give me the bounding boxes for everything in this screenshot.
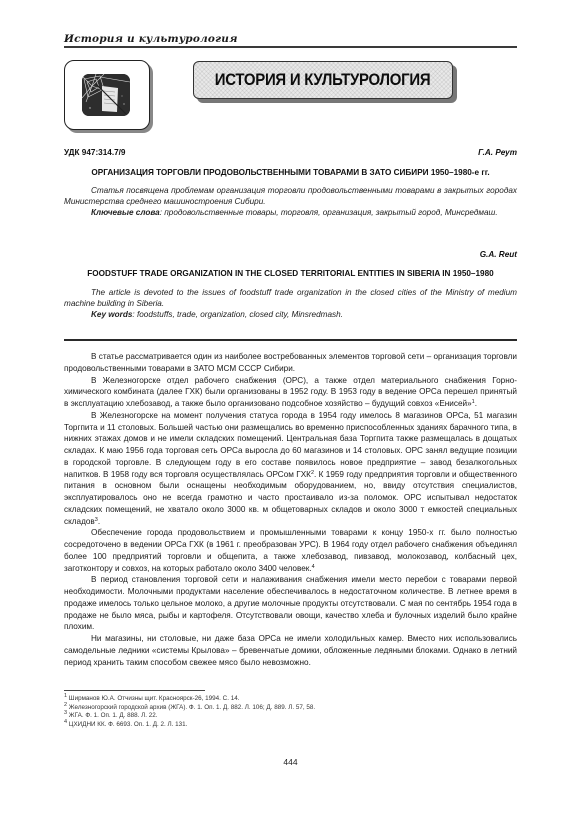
abstract-en: The article is devoted to the issues of … xyxy=(64,288,517,320)
keywords-ru-text: : продовольственные товары, торговля, ор… xyxy=(160,208,498,217)
article-title-en: FOODSTUFF TRADE ORGANIZATION IN THE CLOS… xyxy=(64,269,517,278)
footnote-ref: 2 xyxy=(311,470,314,476)
footnote: 4 ЦХИДНИ КК. Ф. 6693. Оп. 1. Д. 2. Л. 13… xyxy=(64,721,517,730)
footnote-number: 3 xyxy=(64,710,67,716)
page-number: 444 xyxy=(64,757,517,767)
body-paragraph: В статье рассматривается один из наиболе… xyxy=(64,351,517,375)
article-title-ru: ОРГАНИЗАЦИЯ ТОРГОВЛИ ПРОДОВОЛЬСТВЕННЫМИ … xyxy=(64,168,517,177)
body-paragraph: Обеспечение города продовольствием и про… xyxy=(64,527,517,574)
article-body: В статье рассматривается один из наиболе… xyxy=(64,351,517,668)
footnote-ref: 4 xyxy=(312,564,315,570)
footnote-ref: 1 xyxy=(472,399,475,405)
keywords-ru-label: Ключевые слова xyxy=(91,208,160,217)
keywords-ru: Ключевые слова: продовольственные товары… xyxy=(64,208,517,219)
author-en: G.A. Reut xyxy=(480,250,517,259)
header-rule xyxy=(64,46,517,48)
spiderweb-document-icon xyxy=(82,74,130,116)
abstract-en-text: The article is devoted to the issues of … xyxy=(64,288,517,310)
footnote-number: 4 xyxy=(64,719,67,725)
section-logo xyxy=(64,60,150,130)
section-banner: ИСТОРИЯ И КУЛЬТУРОЛОГИЯ xyxy=(193,61,453,99)
footnote-number: 2 xyxy=(64,702,67,708)
footnote-ref: 3 xyxy=(95,517,98,523)
abstract-ru-text: Статья посвящена проблемам организация т… xyxy=(64,186,517,208)
udk-code: УДК 947:314.7/9 xyxy=(64,148,126,157)
footnotes: 1 Ширманов Ю.А. Отчизны щит. Красноярск-… xyxy=(64,695,517,729)
footnote-rule xyxy=(64,690,205,691)
keywords-en-text: : foodstuffs, trade, organization, close… xyxy=(132,310,343,319)
body-paragraph: В Железногорске на момент получения стат… xyxy=(64,410,517,528)
keywords-en: Key words: foodstuffs, trade, organizati… xyxy=(64,310,517,321)
footnote-number: 1 xyxy=(64,693,67,699)
author-ru: Г.А. Реут xyxy=(478,148,517,157)
section-divider xyxy=(64,339,517,341)
running-head: История и культурология xyxy=(64,33,238,45)
keywords-en-label: Key words xyxy=(91,310,132,319)
footnote: 2 Железногорский городской архив (ЖГА). … xyxy=(64,704,517,713)
body-paragraph: В период становления торговой сети и нал… xyxy=(64,574,517,633)
section-banner-title: ИСТОРИЯ И КУЛЬТУРОЛОГИЯ xyxy=(215,70,431,90)
abstract-ru: Статья посвящена проблемам организация т… xyxy=(64,186,517,218)
body-paragraph: В Железногорске отдел рабочего снабжения… xyxy=(64,375,517,410)
body-paragraph: Ни магазины, ни столовые, ни даже база О… xyxy=(64,633,517,668)
footnote: 3 ЖГА. Ф. 1. Оп. 1. Д. 888. Л. 22. xyxy=(64,712,517,721)
footnote: 1 Ширманов Ю.А. Отчизны щит. Красноярск-… xyxy=(64,695,517,704)
